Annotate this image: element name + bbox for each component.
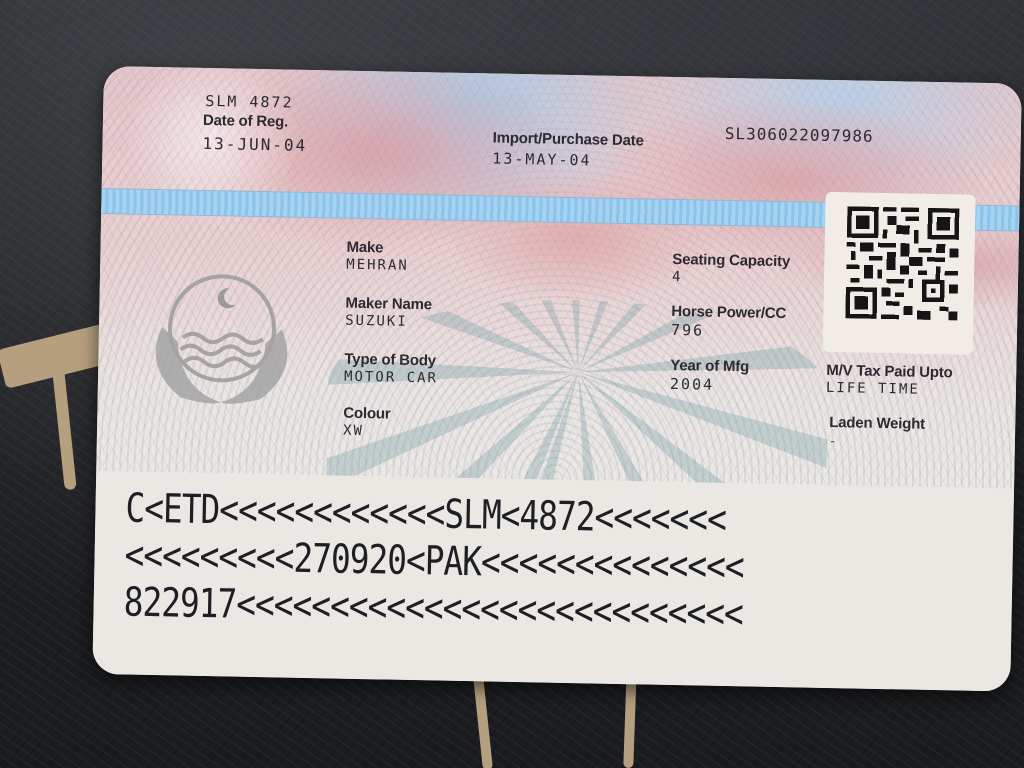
horse-power-value: 796 <box>671 321 704 340</box>
maker-name-label: Maker Name <box>345 295 432 314</box>
horse-power-label: Horse Power/CC <box>671 303 786 322</box>
type-of-body-label: Type of Body <box>344 351 436 370</box>
mrz-zone: C<ETD<<<<<<<<<<<<SLM<4872<<<<<<< <<<<<<<… <box>92 471 1014 692</box>
import-date-value: 13-MAY-04 <box>492 149 592 169</box>
seating-capacity-value: 4 <box>672 269 683 285</box>
tax-paid-value: LIFE TIME <box>826 380 920 398</box>
date-of-reg-value: 13-JUN-04 <box>202 134 307 155</box>
make-label: Make <box>346 239 383 257</box>
qr-code-icon <box>845 206 959 320</box>
make-value: MEHRAN <box>346 257 409 274</box>
laden-weight-label: Laden Weight <box>829 414 925 433</box>
qr-code-box <box>823 192 976 355</box>
registration-number: SLM 4872 <box>205 92 294 112</box>
maker-name-value: SUZUKI <box>345 313 408 330</box>
year-of-mfg-label: Year of Mfg <box>670 357 749 376</box>
tax-paid-label: M/V Tax Paid Upto <box>826 362 953 381</box>
colour-label: Colour <box>343 405 390 423</box>
date-of-reg-label: Date of Reg. <box>203 112 288 131</box>
year-of-mfg-value: 2004 <box>670 375 714 394</box>
import-date-label: Import/Purchase Date <box>493 129 644 149</box>
serial-number: SL306022097986 <box>725 124 874 146</box>
type-of-body-value: MOTOR CAR <box>344 369 438 387</box>
laden-weight-value: - <box>829 434 839 448</box>
government-emblem-icon <box>135 267 308 410</box>
colour-value: XW <box>343 423 364 439</box>
seating-capacity-label: Seating Capacity <box>672 251 790 270</box>
registration-card: SLM 4872 Date of Reg. 13-JUN-04 Import/P… <box>92 66 1022 692</box>
